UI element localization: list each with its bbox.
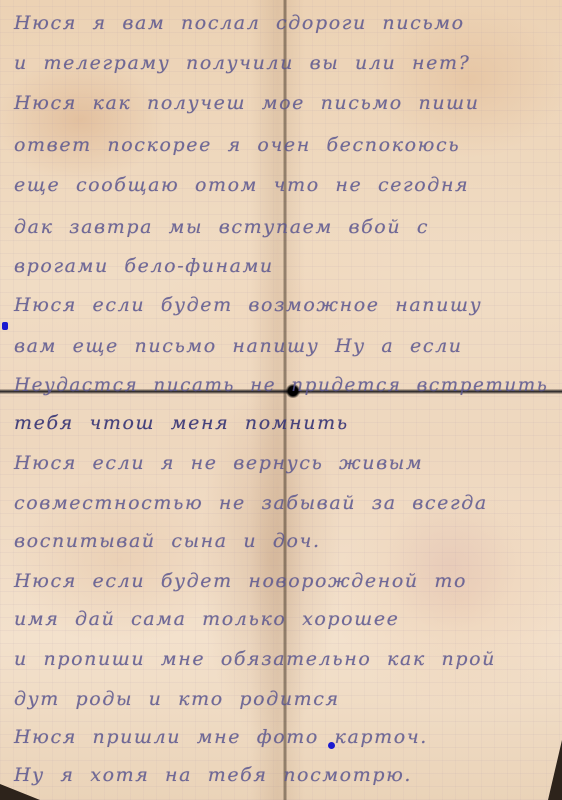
letter-line: имя дай сама только хорошее <box>14 608 400 630</box>
letter-line: Нюся я вам послал сдороги письмо <box>14 12 465 34</box>
letter-line: Неудастся писать не придется встретить <box>14 374 548 396</box>
letter-line: дут роды и кто родится <box>14 688 340 710</box>
letter-page: Нюся я вам послал сдороги письмо и телег… <box>0 0 562 800</box>
letter-line: совместностью не забывай за всегда <box>14 492 488 514</box>
faded-stamp <box>380 500 520 630</box>
vertical-fold-shadow <box>250 0 305 800</box>
letter-line: ответ поскорее я очен беспокоюсь <box>14 134 460 156</box>
letter-line: вам еще письмо напишу Ну а если <box>14 335 463 357</box>
letter-line: Нюся если я не вернусь живым <box>14 452 423 474</box>
letter-line: и телеграму получили вы или нет? <box>14 52 470 74</box>
letter-line: Нюся если будет новорожденой то <box>14 570 467 592</box>
ink-spot <box>2 322 8 330</box>
letter-line: еще сообщаю отом что не сегодня <box>14 174 469 196</box>
letter-line: дак завтра мы вступаем вбой с <box>14 216 429 238</box>
letter-line: Нюся как получеш мое письмо пиши <box>14 92 480 114</box>
letter-line: врогами бело-финами <box>14 255 274 277</box>
letter-line: Нюся если будет возможное напишу <box>14 294 482 316</box>
vertical-fold <box>283 0 287 800</box>
letter-line: и пропиши мне обязательно как прой <box>14 648 496 670</box>
letter-line: воспитывай сына и доч. <box>14 530 321 552</box>
letter-line: Ну я хотя на тебя посмотрю. <box>14 764 412 786</box>
letter-line: Нюся пришли мне фото карточ. <box>14 726 428 748</box>
letter-line: тебя чтош меня помнить <box>14 412 349 434</box>
